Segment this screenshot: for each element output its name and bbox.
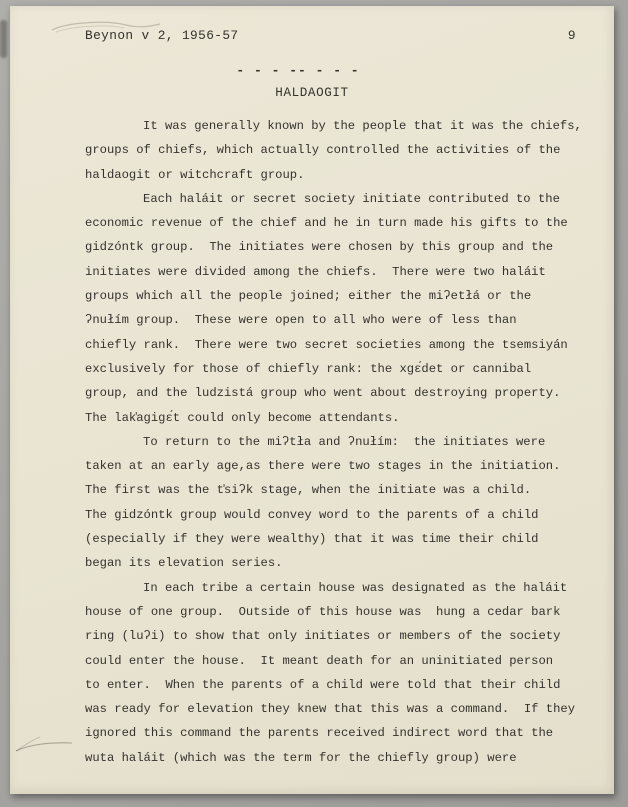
text-line: wuta haláit (which was the term for the … [85,746,586,770]
text-line: group, and the ludzistá group who went a… [85,381,586,405]
scan-corner-smudge [0,20,7,58]
text-line: The lak̓agigɛ́t could only become attend… [85,406,586,430]
text-line: (especially if they were wealthy) that i… [85,527,586,551]
text-line: chiefly rank. There were two secret soci… [85,333,586,357]
text-line: began its elevation series. [85,551,586,575]
text-line: ring (luʔi) to show that only initiates … [85,624,586,648]
text-line: was ready for elevation they knew that t… [85,697,586,721]
text-line: taken at an early age,as there were two … [85,454,586,478]
dashed-separator: - - - -- - - - [0,63,600,78]
text-line: It was generally known by the people tha… [85,114,586,138]
text-line: To return to the miʔtła and ʔnułím: the … [85,430,586,454]
text-line: Each haláit or secret society initiate c… [85,187,586,211]
text-line: The first was the t̓siʔk stage, when the… [85,478,586,502]
text-line: groups which all the people joined; eith… [85,284,586,308]
document-body: It was generally known by the people tha… [85,114,586,770]
page-header: Beynon v 2, 1956-57 9 [85,28,576,43]
text-line: gidzóntk group. The initiates were chose… [85,235,586,259]
text-line: economic revenue of the chief and he in … [85,211,586,235]
text-line: ʔnułím group. These were open to all who… [85,308,586,332]
text-line: could enter the house. It meant death fo… [85,649,586,673]
header-source-label: Beynon v 2, 1956-57 [85,28,239,43]
text-line: groups of chiefs, which actually control… [85,138,586,162]
text-line: In each tribe a certain house was design… [85,576,586,600]
page-number: 9 [568,28,576,43]
pencil-check-mark [10,734,80,754]
text-line: ignored this command the parents receive… [85,721,586,745]
text-line: exclusively for those of chiefly rank: t… [85,357,586,381]
text-line: house of one group. Outside of this hous… [85,600,586,624]
text-line: haldaogit or witchcraft group. [85,163,586,187]
page-title: HALDAOGIT [10,86,614,100]
text-line: to enter. When the parents of a child we… [85,673,586,697]
document-page: Beynon v 2, 1956-57 9 - - - -- - - - HAL… [10,6,614,794]
text-line: The gidzóntk group would convey word to … [85,503,586,527]
text-line: initiates were divided among the chiefs.… [85,260,586,284]
